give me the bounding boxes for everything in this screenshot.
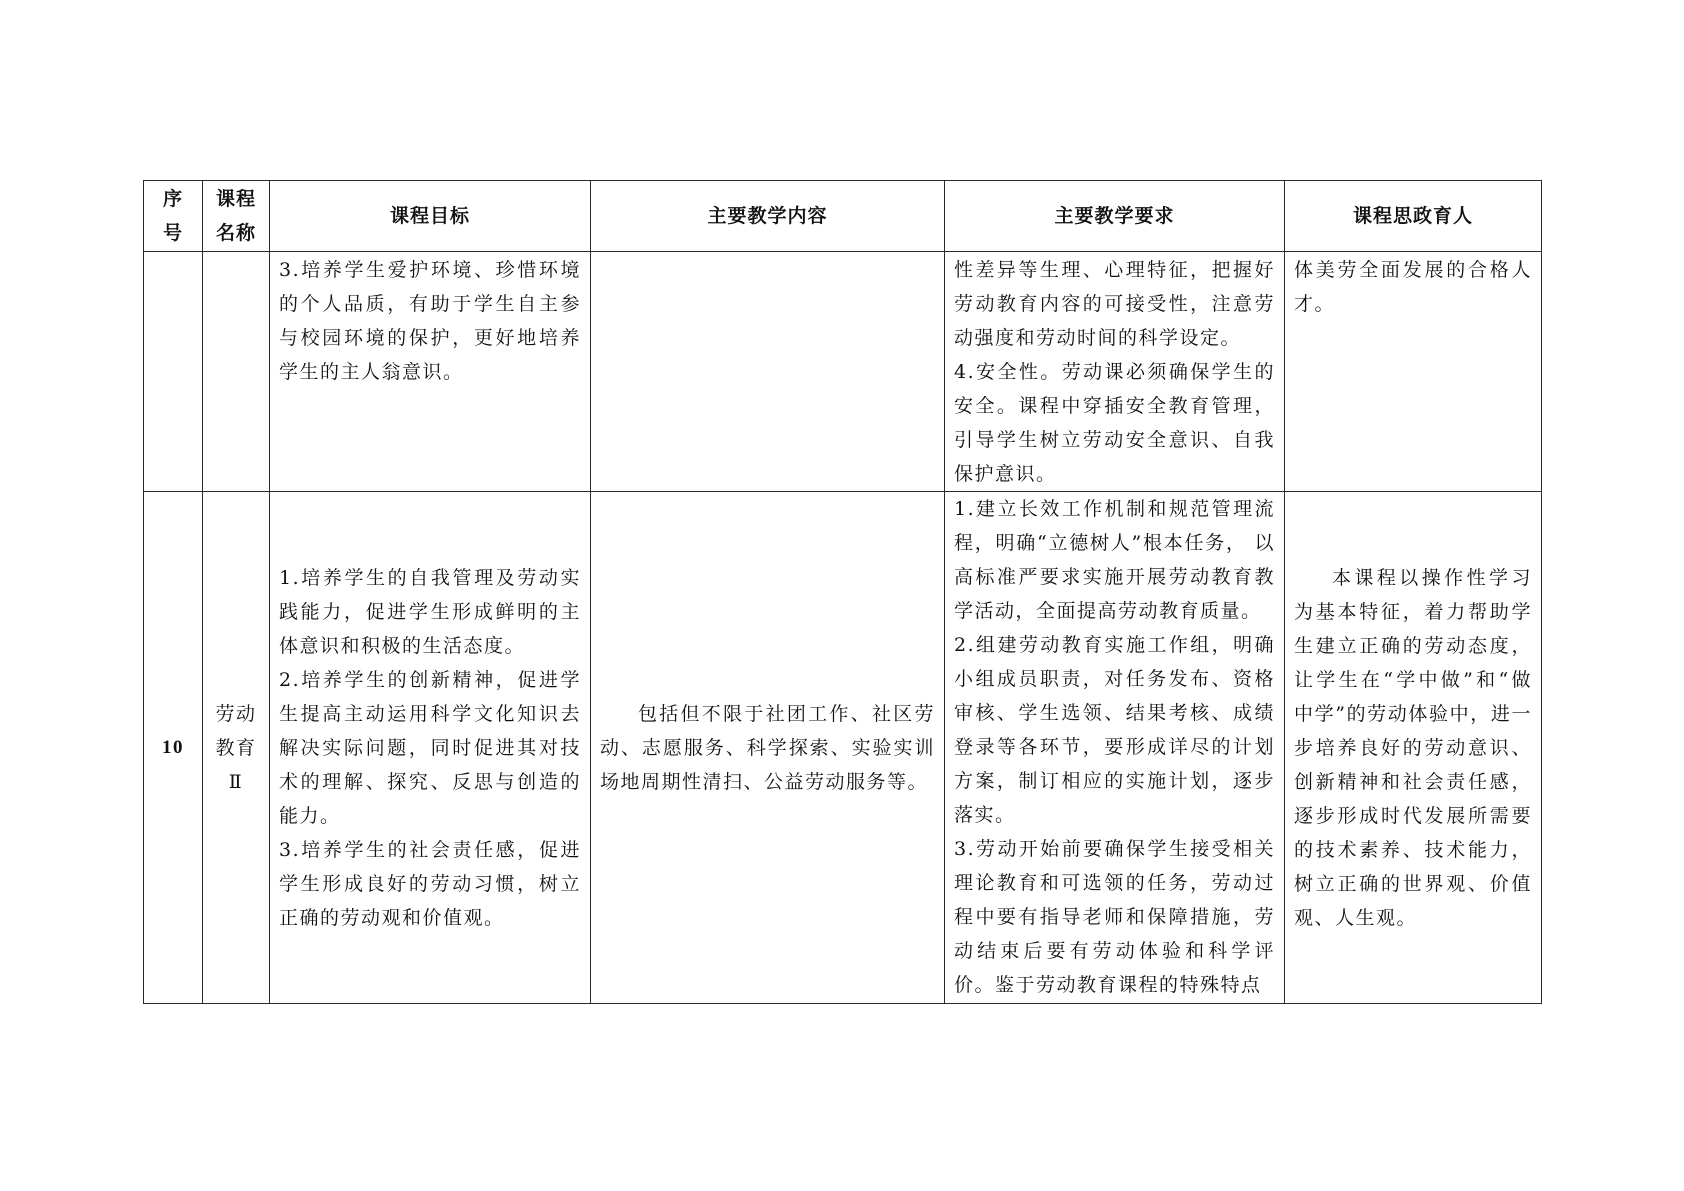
requirement-item: 性差异等生理、心理特征，把握好劳动教育内容的可接受性，注意劳动强度和劳动时间的科…	[954, 253, 1275, 355]
course-table: 序 号 课程 名称 课程目标 主要教学内容 主要教学要求 课程思政育人	[143, 180, 1542, 1004]
cell-ideology: 体美劳全面发展的合格人才。	[1285, 252, 1542, 492]
header-name: 课程 名称	[203, 181, 270, 252]
cell-requirements: 1.建立长效工作机制和规范管理流程，明确“立德树人”根本任务， 以高标准严要求实…	[945, 492, 1285, 1004]
ideology-text: 体美劳全面发展的合格人才。	[1294, 253, 1532, 321]
header-name-line-1: 课程	[203, 182, 269, 216]
cell-goal: 3.培养学生爱护环境、珍惜环境的个人品质，有助于学生自主参与校园环境的保护，更好…	[270, 252, 591, 492]
requirement-item: 1.建立长效工作机制和规范管理流程，明确“立德树人”根本任务， 以高标准严要求实…	[954, 492, 1275, 628]
document-page: 序 号 课程 名称 课程目标 主要教学内容 主要教学要求 课程思政育人	[0, 0, 1684, 1191]
cell-content: 包括但不限于社团工作、社区劳动、志愿服务、科学探索、实验实训场地周期性清扫、公益…	[591, 492, 945, 1004]
goal-item: 2.培养学生的创新精神，促进学生提高主动运用科学文化知识去解决实际问题，同时促进…	[279, 663, 581, 833]
cell-goal: 1.培养学生的自我管理及劳动实践能力，促进学生形成鲜明的主体意识和积极的生活态度…	[270, 492, 591, 1004]
cell-name	[203, 252, 270, 492]
cell-name: 劳动 教育 Ⅱ	[203, 492, 270, 1004]
table-header-row: 序 号 课程 名称 课程目标 主要教学内容 主要教学要求 课程思政育人	[144, 181, 1542, 252]
table-row: 3.培养学生爱护环境、珍惜环境的个人品质，有助于学生自主参与校园环境的保护，更好…	[144, 252, 1542, 492]
table-row: 10 劳动 教育 Ⅱ 1.培养学生的自我管理及劳动实践能力，促进学生形成鲜明的主…	[144, 492, 1542, 1004]
header-no-line-1: 序	[144, 182, 202, 216]
header-content: 主要教学内容	[591, 181, 945, 252]
cell-requirements: 性差异等生理、心理特征，把握好劳动教育内容的可接受性，注意劳动强度和劳动时间的科…	[945, 252, 1285, 492]
course-name-line-3: Ⅱ	[203, 765, 269, 799]
course-name-line-2: 教育	[203, 731, 269, 765]
header-ideology: 课程思政育人	[1285, 181, 1542, 252]
requirement-item: 3.劳动开始前要确保学生接受相关理论教育和可选领的任务，劳动过程中要有指导老师和…	[954, 832, 1275, 1002]
requirement-item: 4.安全性。劳动课必须确保学生的安全。课程中穿插安全教育管理，引导学生树立劳动安…	[954, 355, 1275, 491]
goal-item: 3.培养学生爱护环境、珍惜环境的个人品质，有助于学生自主参与校园环境的保护，更好…	[279, 253, 581, 389]
header-no: 序 号	[144, 181, 203, 252]
header-requirements: 主要教学要求	[945, 181, 1285, 252]
goal-item: 1.培养学生的自我管理及劳动实践能力，促进学生形成鲜明的主体意识和积极的生活态度…	[279, 561, 581, 663]
requirement-item: 2.组建劳动教育实施工作组，明确小组成员职责，对任务发布、资格审核、学生选领、结…	[954, 628, 1275, 832]
cell-ideology: 本课程以操作性学习为基本特征，着力帮助学生建立正确的劳动态度，让学生在“学中做”…	[1285, 492, 1542, 1004]
cell-no	[144, 252, 203, 492]
cell-no: 10	[144, 492, 203, 1004]
header-goal: 课程目标	[270, 181, 591, 252]
ideology-text: 本课程以操作性学习为基本特征，着力帮助学生建立正确的劳动态度，让学生在“学中做”…	[1285, 561, 1541, 935]
course-name-line-1: 劳动	[203, 697, 269, 731]
header-no-line-2: 号	[144, 216, 202, 250]
header-name-line-2: 名称	[203, 216, 269, 250]
content-text: 包括但不限于社团工作、社区劳动、志愿服务、科学探索、实验实训场地周期性清扫、公益…	[591, 697, 944, 799]
goal-item: 3.培养学生的社会责任感，促进学生形成良好的劳动习惯，树立正确的劳动观和价值观。	[279, 833, 581, 935]
cell-content	[591, 252, 945, 492]
